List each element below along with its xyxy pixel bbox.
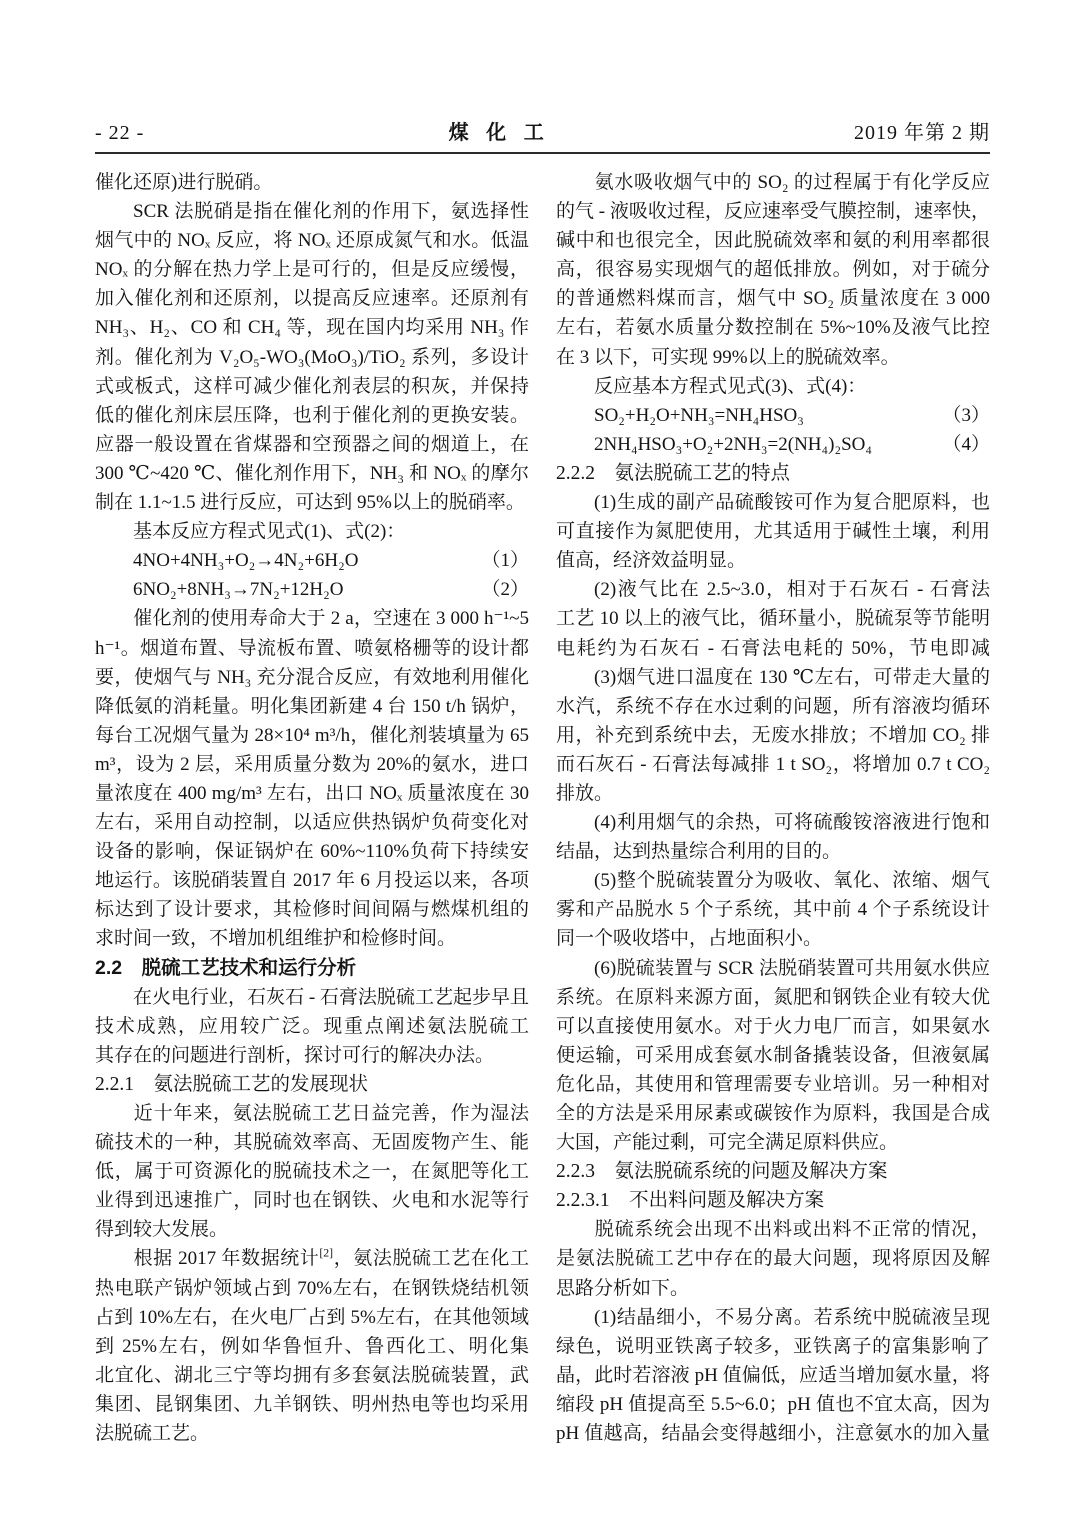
text-line: 式或板式，这样可减少催化剂表层的积灰，并保持较 — [95, 372, 529, 401]
line-text: 加入催化剂和还原剂，以提高反应速率。还原剂有 — [95, 288, 529, 309]
line-text: 北宜化、湖北三宁等均拥有多套氨法脱硫装置，武钢 — [95, 1365, 529, 1390]
line-text: 大国，产能过剩，可完全满足原料供应。 — [556, 1132, 898, 1153]
line-text: 降低氨的消耗量。明化集团新建 4 台 150 t/h 锅炉， — [95, 696, 529, 717]
line-text: pH 值越高，结晶会变得越细小，注意氨水的加入量要 — [556, 1423, 990, 1448]
line-text: (1)结晶细小，不易分离。若系统中脱硫液呈现黄 — [556, 1307, 990, 1332]
line-text: 绿色，说明亚铁离子较多，亚铁离子的富集影响了结 — [556, 1336, 990, 1361]
line-text: h⁻¹。烟道布置、导流板布置、喷氨格栅等的设计都很重 — [95, 638, 529, 663]
equation-number: （1） — [481, 546, 529, 575]
text-line: 排放。 — [556, 779, 990, 808]
line-text: 每台工况烟气量为 28×10⁴ m³/h，催化剂装填量为 65 — [95, 725, 529, 746]
line-text: (5)整个脱硫装置分为吸收、氧化、浓缩、烟气除 — [556, 870, 990, 895]
line-text: 应器一般设置在省煤器和空预器之间的烟道上，在 — [95, 434, 529, 455]
line-text: 集团、昆钢集团、九羊钢铁、明州热电等也均采用了氨 — [95, 1394, 529, 1419]
equation-number: （4） — [942, 430, 990, 459]
text-line: 高，很容易实现烟气的超低排放。例如，对于硫分为 1.5% — [556, 255, 990, 284]
text-line: 用，补充到系统中去，无废水排放；不增加 CO₂ 排放， — [556, 721, 990, 750]
line-text: 2.2 脱硫工艺技术和运行分析 — [95, 957, 356, 979]
line-text: 热电联产锅炉领域占到 70%左右，在钢铁烧结机领域 — [95, 1278, 529, 1303]
line-text: 在 3 以下，可实现 99%以上的脱硫效率。 — [556, 347, 900, 368]
text-line: 在火电行业，石灰石 - 石膏法脱硫工艺起步早且 — [95, 983, 529, 1012]
text-line: (4)利用烟气的余热，可将硫酸铵溶液进行饱和 — [556, 808, 990, 837]
text-line: 全的方法是采用尿素或碳铵作为原料，我国是合成氨 — [556, 1099, 990, 1128]
line-text: 的普通燃料煤而言，烟气中 SO₂ 质量浓度在 3 000 mg/m³ — [556, 288, 990, 313]
text-line: 可直接作为氮肥使用，尤其适用于碱性土壤，利用价 — [556, 517, 990, 546]
line-text: 工艺 10 以上的液气比，循环量小，脱硫泵等节能明显， — [556, 608, 990, 633]
line-text: 电耗约为石灰石 - 石膏法电耗的 50%，节电即减排。 — [556, 638, 990, 663]
text-line: 思路分析如下。 — [556, 1274, 990, 1303]
line-text: 思路分析如下。 — [556, 1278, 689, 1299]
text-line: 烟气中的 NOₓ 反应，将 NOₓ 还原成氮气和水。低温下 — [95, 226, 529, 255]
line-text: 左右，采用自动控制，以适应供热锅炉负荷变化对脱硝 — [95, 812, 529, 837]
text-line: 碱中和也很完全，因此脱硫效率和氨的利用率都很 — [556, 226, 990, 255]
text-line: 催化剂的使用寿命大于 2 a，空速在 3 000 h⁻¹~5 000 — [95, 604, 529, 633]
text-line: 大国，产能过剩，可完全满足原料供应。 — [556, 1128, 990, 1157]
text-line: 是氨法脱硫工艺中存在的最大问题，现将原因及解决 — [556, 1244, 990, 1273]
text-line: 值高，经济效益明显。 — [556, 546, 990, 575]
section-heading: 2.2 脱硫工艺技术和运行分析 — [95, 954, 529, 983]
text-line: 近十年来，氨法脱硫工艺日益完善，作为湿法脱 — [95, 1099, 529, 1128]
line-text: 到 25%左右，例如华鲁恒升、鲁西化工、明化集团、湖 — [95, 1336, 529, 1361]
text-line: h⁻¹。烟道布置、导流板布置、喷氨格栅等的设计都很重 — [95, 634, 529, 663]
text-line: 技术成熟，应用较广泛。现重点阐述氨法脱硫工艺，对 — [95, 1012, 529, 1041]
line-text: 低的催化剂床层压降，也利于催化剂的更换安装。反 — [95, 405, 529, 430]
equation-number: （3） — [942, 401, 990, 430]
left-column: 催化还原)进行脱硝。SCR 法脱硝是指在催化剂的作用下，氨选择性与烟气中的 NO… — [95, 168, 529, 1448]
line-text: SCR 法脱硝是指在催化剂的作用下，氨选择性与 — [95, 201, 529, 226]
line-text: 同一个吸收塔中，占地面积小。 — [556, 928, 822, 949]
line-text: 地运行。该脱硝装置自 2017 年 6 月投运以来，各项指 — [95, 870, 529, 895]
line-text: NH₃、H₂、CO 和 CH₄ 等，现在国内均采用 NH₃ 作为还原 — [95, 317, 529, 342]
text-line: SCR 法脱硝是指在催化剂的作用下，氨选择性与 — [95, 197, 529, 226]
citation-superscript: [2] — [319, 1247, 333, 1260]
text-line: 应器一般设置在省煤器和空预器之间的烟道上，在 — [95, 430, 529, 459]
section-heading: 2.2.1 氨法脱硫工艺的发展现状 — [95, 1070, 529, 1099]
line-text: 催化剂的使用寿命大于 2 a，空速在 3 000 h⁻¹~5 000 — [95, 608, 529, 633]
line-text: SO₂+H₂O+NH₃=NH₄HSO₃ — [594, 401, 804, 430]
line-text: 值高，经济效益明显。 — [556, 550, 746, 571]
line-text: 系统。在原料来源方面，氮肥和钢铁企业有较大优势， — [556, 987, 990, 1012]
line-text: 硫技术的一种，其脱硫效率高、无固废物产生、能耗 — [95, 1132, 529, 1157]
line-text: (4)利用烟气的余热，可将硫酸铵溶液进行饱和 — [556, 812, 990, 833]
line-text: 要，使烟气与 NH₃ 充分混合反应，有效地利用催化剂， — [95, 667, 529, 692]
text-line: (2)液气比在 2.5~3.0，相对于石灰石 - 石膏法 — [556, 575, 990, 604]
text-line: 低的催化剂床层压降，也利于催化剂的更换安装。反 — [95, 401, 529, 430]
line-text: 反应基本方程式见式(3)、式(4)： — [556, 376, 866, 397]
text-line: 脱硫系统会出现不出料或出料不正常的情况，这 — [556, 1215, 990, 1244]
line-text: 氨水吸收烟气中的 SO₂ 的过程属于有化学反应 — [556, 172, 990, 193]
line-text: 可直接作为氮肥使用，尤其适用于碱性土壤，利用价 — [556, 521, 990, 546]
line-text: 危化品，其使用和管理需要专业培训。另一种相对安 — [556, 1074, 990, 1099]
line-text: 占到 10%左右，在火电厂占到 5%左右，在其他领域占 — [95, 1307, 529, 1332]
line-text: 2.2.3.1 不出料问题及解决方案 — [556, 1190, 824, 1211]
line-text: 左右，若氨水质量分数控制在 5%~10%及液气比控制 — [556, 317, 990, 342]
text-line: 的普通燃料煤而言，烟气中 SO₂ 质量浓度在 3 000 mg/m³ — [556, 284, 990, 313]
line-text: 脱硫系统会出现不出料或出料不正常的情况，这 — [556, 1219, 990, 1244]
text-line: 可以直接使用氨水。对于火力电厂而言，如果氨水不 — [556, 1012, 990, 1041]
line-text: 根据 2017 年数据统计[2]，氨法脱硫工艺在化工 — [95, 1248, 529, 1269]
line-text: 低，属于可资源化的脱硫技术之一，在氮肥等化工行 — [95, 1161, 529, 1186]
text-line: NOₓ 的分解在热力学上是可行的，但是反应缓慢，需要 — [95, 255, 529, 284]
line-text: 剂。催化剂为 V₂O₅-WO₃(MoO₃)/TiO₂ 系列，多设计为蜂窝 — [95, 347, 529, 372]
text-line: 基本反应方程式见式(1)、式(2)： — [95, 517, 529, 546]
header-rule — [95, 152, 990, 154]
text-line: 设备的影响，保证锅炉在 60%~110%负荷下持续安全 — [95, 837, 529, 866]
line-text: 4NO+4NH₃+O₂→4N₂+6H₂O — [133, 546, 358, 575]
line-text: 高，很容易实现烟气的超低排放。例如，对于硫分为 1.5% — [556, 259, 990, 284]
text-line: (6)脱硫装置与 SCR 法脱硝装置可共用氨水供应 — [556, 954, 990, 983]
text-line: 要，使烟气与 NH₃ 充分混合反应，有效地利用催化剂， — [95, 663, 529, 692]
text-line: 便运输，可采用成套氨水制备撬装设备，但液氨属于 — [556, 1041, 990, 1070]
text-line: 得到较大发展。 — [95, 1215, 529, 1244]
text-line: 300 ℃~420 ℃、催化剂作用下，NH₃ 和 NOₓ 的摩尔比控 — [95, 459, 529, 488]
line-text: 结晶，达到热量综合利用的目的。 — [556, 841, 841, 862]
text-line: 电耗约为石灰石 - 石膏法电耗的 50%，节电即减排。 — [556, 634, 990, 663]
text-line: (5)整个脱硫装置分为吸收、氧化、浓缩、烟气除 — [556, 866, 990, 895]
section-heading: 2.2.2 氨法脱硫工艺的特点 — [556, 459, 990, 488]
text-line: 结晶，达到热量综合利用的目的。 — [556, 837, 990, 866]
page-header: - 22 - 煤 化 工 2019 年第 2 期 — [95, 0, 990, 145]
line-text: 标达到了设计要求，其检修时间间隔与燃煤机组的要 — [95, 899, 529, 924]
text-line: 系统。在原料来源方面，氮肥和钢铁企业有较大优势， — [556, 983, 990, 1012]
right-column: 氨水吸收烟气中的 SO₂ 的过程属于有化学反应的气 - 液吸收过程，反应速率受气… — [556, 168, 990, 1448]
text-line: 剂。催化剂为 V₂O₅-WO₃(MoO₃)/TiO₂ 系列，多设计为蜂窝 — [95, 343, 529, 372]
line-text: 技术成熟，应用较广泛。现重点阐述氨法脱硫工艺，对 — [95, 1016, 529, 1041]
line-text: 近十年来，氨法脱硫工艺日益完善，作为湿法脱 — [95, 1103, 529, 1128]
text-line: 反应基本方程式见式(3)、式(4)： — [556, 372, 990, 401]
line-text: 300 ℃~420 ℃、催化剂作用下，NH₃ 和 NOₓ 的摩尔比控 — [95, 463, 529, 488]
text-line: 同一个吸收塔中，占地面积小。 — [556, 924, 990, 953]
text-line: 到 25%左右，例如华鲁恒升、鲁西化工、明化集团、湖 — [95, 1332, 529, 1361]
text-line: 降低氨的消耗量。明化集团新建 4 台 150 t/h 锅炉， — [95, 692, 529, 721]
text-line: 制在 1.1~1.5 进行反应，可达到 95%以上的脱硝率。 — [95, 488, 529, 517]
text-line: 加入催化剂和还原剂，以提高反应速率。还原剂有 — [95, 284, 529, 313]
section-heading: 2.2.3.1 不出料问题及解决方案 — [556, 1186, 990, 1215]
text-line: 氨水吸收烟气中的 SO₂ 的过程属于有化学反应 — [556, 168, 990, 197]
line-text: 催化还原)进行脱硝。 — [95, 172, 272, 193]
text-line: 而石灰石 - 石膏法每减排 1 t SO₂，将增加 0.7 t CO₂ 的 — [556, 750, 990, 779]
text-line: 标达到了设计要求，其检修时间间隔与燃煤机组的要 — [95, 895, 529, 924]
section-heading: 2.2.3 氨法脱硫系统的问题及解决方案 — [556, 1157, 990, 1186]
line-text: 晶，此时若溶液 pH 值偏低，应适当增加氨水量，将浓 — [556, 1365, 990, 1390]
line-text: 2.2.2 氨法脱硫工艺的特点 — [556, 463, 790, 484]
line-text: 而石灰石 - 石膏法每减排 1 t SO₂，将增加 0.7 t CO₂ 的 — [556, 754, 990, 779]
formula-line: SO₂+H₂O+NH₃=NH₄HSO₃（3） — [556, 401, 990, 430]
line-text: 是氨法脱硫工艺中存在的最大问题，现将原因及解决 — [556, 1248, 990, 1273]
text-line: 北宜化、湖北三宁等均拥有多套氨法脱硫装置，武钢 — [95, 1361, 529, 1390]
line-text: 求时间一致，不增加机组维护和检修时间。 — [95, 928, 456, 949]
line-text: 雾和产品脱水 5 个子系统，其中前 4 个子系统设计在 — [556, 899, 990, 924]
line-text: m³，设为 2 层，采用质量分数为 20%的氨水，进口 NOₓ质 — [95, 754, 529, 779]
text-line: 绿色，说明亚铁离子较多，亚铁离子的富集影响了结 — [556, 1332, 990, 1361]
text-line: 地运行。该脱硝装置自 2017 年 6 月投运以来，各项指 — [95, 866, 529, 895]
line-text: 2NH₄HSO₃+O₂+2NH₃=2(NH₄)₂SO₄ — [594, 430, 872, 459]
text-line: 根据 2017 年数据统计[2]，氨法脱硫工艺在化工 — [95, 1244, 529, 1273]
text-line: 集团、昆钢集团、九羊钢铁、明州热电等也均采用了氨 — [95, 1390, 529, 1419]
line-text: 用，补充到系统中去，无废水排放；不增加 CO₂ 排放， — [556, 725, 990, 750]
text-line: pH 值越高，结晶会变得越细小，注意氨水的加入量要 — [556, 1419, 990, 1448]
line-text: 2.2.3 氨法脱硫系统的问题及解决方案 — [556, 1161, 888, 1182]
line-text: 全的方法是采用尿素或碳铵作为原料，我国是合成氨 — [556, 1103, 990, 1128]
formula-line: 2NH₄HSO₃+O₂+2NH₃=2(NH₄)₂SO₄（4） — [556, 430, 990, 459]
line-text: (2)液气比在 2.5~3.0，相对于石灰石 - 石膏法 — [556, 579, 990, 600]
line-text: 2.2.1 氨法脱硫工艺的发展现状 — [95, 1074, 368, 1095]
text-line: 危化品，其使用和管理需要专业培训。另一种相对安 — [556, 1070, 990, 1099]
text-line: 雾和产品脱水 5 个子系统，其中前 4 个子系统设计在 — [556, 895, 990, 924]
text-line: 每台工况烟气量为 28×10⁴ m³/h，催化剂装填量为 65 — [95, 721, 529, 750]
line-text: 烟气中的 NOₓ 反应，将 NOₓ 还原成氮气和水。低温下 — [95, 230, 529, 255]
line-text: 可以直接使用氨水。对于火力电厂而言，如果氨水不 — [556, 1016, 990, 1041]
text-line: 量浓度在 400 mg/m³ 左右，出口 NOₓ 质量浓度在 30 mg/m³ — [95, 779, 529, 808]
line-text: 业得到迅速推广，同时也在钢铁、火电和水泥等行业 — [95, 1190, 529, 1215]
text-line: 水汽，系统不存在水过剩的问题，所有溶液均循环使 — [556, 692, 990, 721]
line-text: 水汽，系统不存在水过剩的问题，所有溶液均循环使 — [556, 696, 990, 721]
text-line: 业得到迅速推广，同时也在钢铁、火电和水泥等行业 — [95, 1186, 529, 1215]
line-text: 式或板式，这样可减少催化剂表层的积灰，并保持较 — [95, 376, 529, 401]
text-line: 求时间一致，不增加机组维护和检修时间。 — [95, 924, 529, 953]
line-text: 其存在的问题进行剖析，探讨可行的解决办法。 — [95, 1045, 494, 1066]
journal-title: 煤 化 工 — [449, 116, 550, 145]
text-line: 在 3 以下，可实现 99%以上的脱硫效率。 — [556, 343, 990, 372]
text-line: 左右，采用自动控制，以适应供热锅炉负荷变化对脱硝 — [95, 808, 529, 837]
content-columns: 催化还原)进行脱硝。SCR 法脱硝是指在催化剂的作用下，氨选择性与烟气中的 NO… — [95, 168, 990, 1448]
line-text: 得到较大发展。 — [95, 1219, 228, 1240]
text-line: 法脱硫工艺。 — [95, 1419, 529, 1448]
text-line: (1)结晶细小，不易分离。若系统中脱硫液呈现黄 — [556, 1303, 990, 1332]
line-text: 的气 - 液吸收过程，反应速率受气膜控制，速率快，酸 — [556, 201, 990, 226]
line-text: (6)脱硫装置与 SCR 法脱硝装置可共用氨水供应 — [556, 958, 990, 979]
text-line: 的气 - 液吸收过程，反应速率受气膜控制，速率快，酸 — [556, 197, 990, 226]
text-line: 低，属于可资源化的脱硫技术之一，在氮肥等化工行 — [95, 1157, 529, 1186]
text-line: 工艺 10 以上的液气比，循环量小，脱硫泵等节能明显， — [556, 604, 990, 633]
line-text: 6NO₂+8NH₃→7N₂+12H₂O — [133, 575, 343, 604]
line-text: (1)生成的副产品硫酸铵可作为复合肥原料，也 — [556, 492, 990, 513]
text-line: m³，设为 2 层，采用质量分数为 20%的氨水，进口 NOₓ质 — [95, 750, 529, 779]
text-line: 左右，若氨水质量分数控制在 5%~10%及液气比控制 — [556, 313, 990, 342]
text-line: 缩段 pH 值提高至 5.5~6.0；pH 值也不宜太高，因为 — [556, 1390, 990, 1419]
text-line: 催化还原)进行脱硝。 — [95, 168, 529, 197]
text-line: (1)生成的副产品硫酸铵可作为复合肥原料，也 — [556, 488, 990, 517]
line-text: 缩段 pH 值提高至 5.5~6.0；pH 值也不宜太高，因为 — [556, 1394, 990, 1415]
line-text: 碱中和也很完全，因此脱硫效率和氨的利用率都很 — [556, 230, 990, 251]
line-text: 法脱硫工艺。 — [95, 1423, 209, 1444]
text-line: 热电联产锅炉领域占到 70%左右，在钢铁烧结机领域 — [95, 1274, 529, 1303]
line-text: 在火电行业，石灰石 - 石膏法脱硫工艺起步早且 — [95, 987, 529, 1008]
line-text: 基本反应方程式见式(1)、式(2)： — [95, 521, 405, 542]
formula-line: 4NO+4NH₃+O₂→4N₂+6H₂O（1） — [95, 546, 529, 575]
line-text: 量浓度在 400 mg/m³ 左右，出口 NOₓ 质量浓度在 30 mg/m³ — [95, 783, 529, 808]
equation-number: （2） — [481, 575, 529, 604]
line-text: NOₓ 的分解在热力学上是可行的，但是反应缓慢，需要 — [95, 259, 529, 284]
text-line: NH₃、H₂、CO 和 CH₄ 等，现在国内均采用 NH₃ 作为还原 — [95, 313, 529, 342]
text-line: 硫技术的一种，其脱硫效率高、无固废物产生、能耗 — [95, 1128, 529, 1157]
line-text: 设备的影响，保证锅炉在 60%~110%负荷下持续安全 — [95, 841, 529, 866]
line-text: 排放。 — [556, 783, 613, 804]
journal-page: { "header": { "page_number": "- 22 -", "… — [0, 0, 1080, 1527]
text-line: 晶，此时若溶液 pH 值偏低，应适当增加氨水量，将浓 — [556, 1361, 990, 1390]
text-line: 其存在的问题进行剖析，探讨可行的解决办法。 — [95, 1041, 529, 1070]
page-number: - 22 - — [95, 122, 144, 145]
formula-line: 6NO₂+8NH₃→7N₂+12H₂O（2） — [95, 575, 529, 604]
text-line: (3)烟气进口温度在 130 ℃左右，可带走大量的 — [556, 663, 990, 692]
line-text: 制在 1.1~1.5 进行反应，可达到 95%以上的脱硝率。 — [95, 492, 525, 513]
line-text: (3)烟气进口温度在 130 ℃左右，可带走大量的 — [556, 667, 990, 688]
issue-label: 2019 年第 2 期 — [854, 116, 990, 145]
text-line: 占到 10%左右，在火电厂占到 5%左右，在其他领域占 — [95, 1303, 529, 1332]
line-text: 便运输，可采用成套氨水制备撬装设备，但液氨属于 — [556, 1045, 990, 1070]
